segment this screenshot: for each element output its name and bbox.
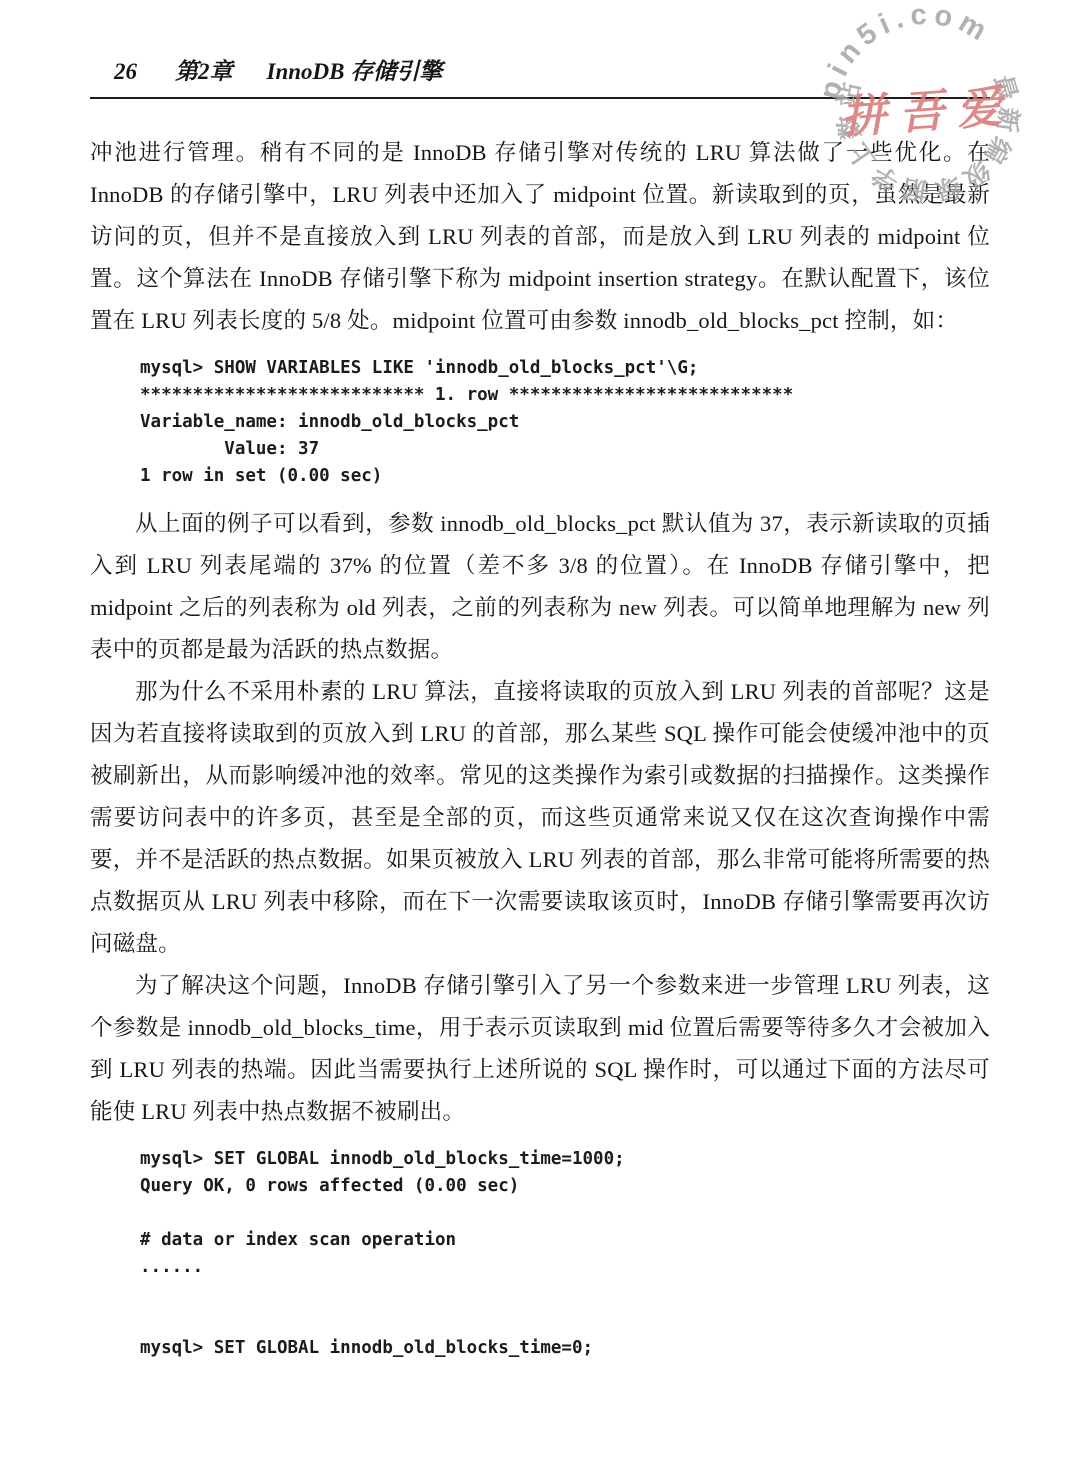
paragraph: 从上面的例子可以看到，参数 innodb_old_blocks_pct 默认值为… bbox=[90, 503, 990, 671]
paragraph: 冲池进行管理。稍有不同的是 InnoDB 存储引擎对传统的 LRU 算法做了一些… bbox=[90, 132, 990, 342]
chapter-label: 第2章 bbox=[175, 58, 233, 86]
chapter-title: InnoDB 存储引擎 bbox=[267, 58, 443, 86]
code-block: mysql> SET GLOBAL innodb_old_blocks_time… bbox=[140, 1146, 990, 1362]
page-number: 26 bbox=[114, 58, 137, 86]
book-page: 26 第2章 InnoDB 存储引擎 冲池进行管理。稍有不同的是 InnoDB … bbox=[0, 0, 1080, 1478]
running-head: 26 第2章 InnoDB 存储引擎 bbox=[90, 58, 990, 99]
code-block: mysql> SHOW VARIABLES LIKE 'innodb_old_b… bbox=[140, 355, 990, 490]
paragraph: 为了解决这个问题，InnoDB 存储引擎引入了另一个参数来进一步管理 LRU 列… bbox=[90, 965, 990, 1133]
watermark-ring-char: 新 bbox=[992, 106, 1024, 134]
paragraph: 那为什么不采用朴素的 LRU 算法，直接将读取的页放入到 LRU 列表的首部呢？… bbox=[90, 671, 990, 965]
watermark-ring-char: 最 bbox=[988, 72, 1022, 104]
